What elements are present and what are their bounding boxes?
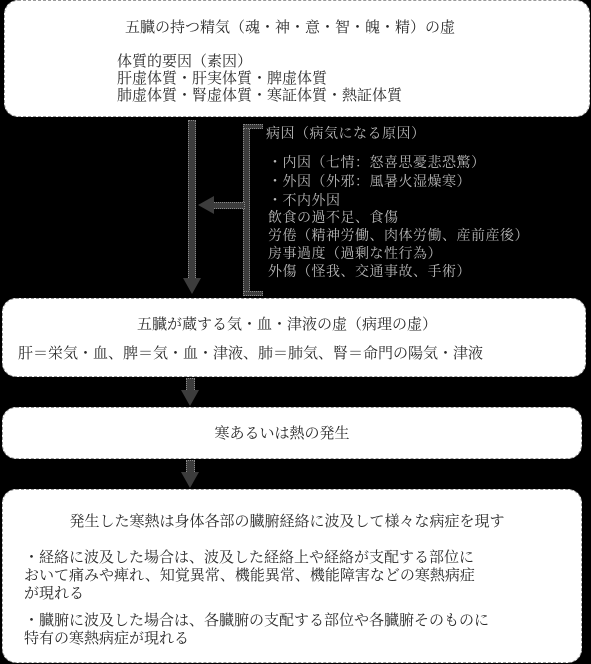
meridian-bullet-line-3: が現れる (24, 585, 84, 602)
cause-fatigue: 労倦（精神労働、肉体労働、産前産後） (268, 228, 529, 245)
meridian-bullet-line-1: ・経絡に波及した場合は、波及した経絡上や経絡が支配する部位に (24, 549, 474, 566)
constitution-box: 五臓の持つ精気（魂・神・意・智・魄・精）の虚 体質的要因（素因） 肝虚体質・肝実… (4, 0, 590, 117)
bracket-icon (243, 124, 250, 296)
constitution-line-2: 肝虚体質・肝実体質・脾虚体質 (117, 70, 327, 87)
bracket-top-icon (243, 124, 263, 129)
arrow-down-icon (188, 120, 196, 280)
constitution-title: 五臓の持つ精気（魂・神・意・智・魄・精）の虚 (0, 19, 589, 36)
arrow-down-head-icon (181, 472, 199, 488)
symptoms-box: 発生した寒熱は身体各部の臓腑経絡に波及して様々な病症を現す ・経絡に波及した場合… (2, 489, 582, 663)
meridian-bullet-line-2: おいて痛みや痺れ、知覚異常、機能異常、機能障害などの寒熱病症 (24, 567, 475, 584)
cause-diet: 飲食の過不足、食傷 (268, 210, 399, 227)
cause-sexual-excess: 房事過度（過剰な性行為） (268, 246, 442, 263)
bracket-bottom-icon (243, 291, 263, 296)
organ-bullet-line-1: ・臓腑に波及した場合は、各臓腑の支配する部位や各臓腑そのものに (24, 612, 489, 629)
arrow-down-head-icon (183, 278, 201, 294)
arrow-down-head-icon (181, 390, 199, 406)
cause-trauma: 外傷（怪我、交通事故、手術） (268, 264, 471, 281)
cold-heat-box: 寒あるいは熱の発生 (2, 407, 582, 459)
qi-blood-deficiency-box: 五臓が蔵する気・血・津液の虚（病理の虚） 肝＝栄気・血、脾＝気・血・津液、肺＝肺… (2, 298, 586, 377)
constitution-line-1: 体質的要因（素因） (117, 53, 252, 70)
causes-heading: 病因（病気になる原因） (266, 126, 426, 143)
qi-blood-organs-line: 肝＝栄気・血、脾＝気・血・津液、肺＝肺気、腎＝命門の陽気・津液 (18, 345, 483, 362)
qi-blood-title: 五臓が蔵する気・血・津液の虚（病理の虚） (0, 316, 585, 333)
cause-external: ・外因（外邪：風暑火湿燥寒） (268, 174, 471, 191)
arrow-left-head-icon (198, 196, 214, 214)
constitution-line-3: 肺虚体質・腎虚体質・寒証体質・熱証体質 (117, 87, 402, 104)
arrow-left-icon (212, 202, 245, 209)
cause-neither: ・不内外因 (268, 193, 341, 210)
cold-heat-title: 寒あるいは熱の発生 (0, 425, 581, 442)
cause-internal: ・内因（七情：怒喜思憂悲恐驚） (268, 155, 486, 172)
organ-bullet-line-2: 特有の寒熱病症が現れる (24, 630, 189, 647)
symptoms-title: 発生した寒熱は身体各部の臓腑経絡に波及して様々な病症を現す (0, 513, 581, 530)
